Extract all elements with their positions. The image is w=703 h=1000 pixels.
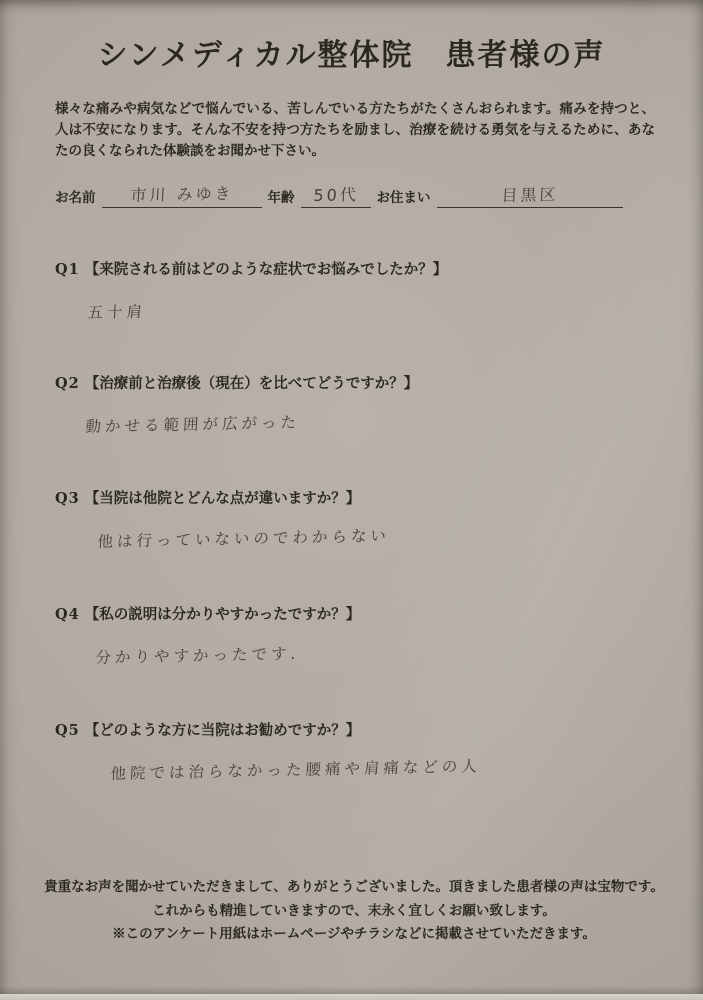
age-handwritten-value: 50代 — [313, 182, 359, 206]
question-1-number: Q1 — [55, 261, 80, 278]
question-block-2: Q2【治療前と治療後（現在）を比べてどうですか？】 動かせる範囲が広がった — [55, 372, 658, 437]
question-5-text: Q5【どのような方に当院はお勧めですか？】 — [55, 719, 658, 740]
paper-bottom-edge — [0, 994, 703, 1000]
paper-bottom-shadow — [0, 986, 703, 994]
name-label: お名前 — [55, 186, 96, 208]
question-1-text: Q1【来院される前はどのような症状でお悩みでしたか？】 — [55, 258, 658, 279]
footer-thanks: 貴重なお声を聞かせていただきまして、ありがとうございました。頂きました患者様の声… — [30, 876, 678, 947]
question-4-text: Q4【私の説明は分かりやすかったですか？】 — [55, 603, 658, 624]
residence-field: 目黒区 — [437, 183, 623, 208]
name-field: 市川 みゆき — [102, 183, 262, 208]
question-5-number: Q5 — [55, 722, 80, 739]
patient-info-row: お名前 市川 みゆき 年齢 50代 お住まい 目黒区 — [55, 183, 653, 208]
footer-line-3: ※このアンケート用紙はホームページやチラシなどに掲載させていただきます。 — [30, 923, 678, 947]
residence-handwritten-value: 目黒区 — [501, 182, 559, 206]
intro-paragraph: 様々な痛みや病気などで悩んでいる、苦しんでいる方たちがたくさんおられます。痛みを… — [55, 99, 655, 162]
footer-line-2: これからも精進していきますので、末永く宜しくお願い致します。 — [30, 900, 678, 924]
question-5-answer: 他院では治らなかった腰痛や肩痛などの人 — [110, 762, 658, 784]
question-block-3: Q3【当院は他院とどんな点が違いますか？】 他は行っていないのでわからない — [55, 487, 658, 552]
question-3-text: Q3【当院は他院とどんな点が違いますか？】 — [55, 487, 658, 508]
age-field: 50代 — [301, 183, 371, 208]
question-2-answer: 動かせる範囲が広がった — [85, 415, 658, 437]
page-title: シンメディカル整体院 患者様の声 — [0, 30, 703, 74]
question-block-4: Q4【私の説明は分かりやすかったですか？】 分かりやすかったです. — [55, 603, 658, 668]
question-block-1: Q1【来院される前はどのような症状でお悩みでしたか？】 五十肩 — [55, 258, 658, 323]
question-block-5: Q5【どのような方に当院はお勧めですか？】 他院では治らなかった腰痛や肩痛などの… — [55, 719, 658, 784]
question-3-answer: 他は行っていないのでわからない — [97, 530, 658, 552]
question-4-number: Q4 — [55, 606, 80, 623]
question-4-answer: 分かりやすかったです. — [95, 646, 658, 668]
question-2-number: Q2 — [55, 375, 80, 392]
name-handwritten-value: 市川 みゆき — [130, 181, 234, 206]
question-1-answer: 五十肩 — [87, 301, 658, 323]
questionnaire-sheet-photo: シンメディカル整体院 患者様の声 様々な痛みや病気などで悩んでいる、苦しんでいる… — [0, 0, 703, 1000]
residence-label: お住まい — [377, 186, 431, 208]
question-2-text: Q2【治療前と治療後（現在）を比べてどうですか？】 — [55, 372, 658, 393]
question-3-number: Q3 — [55, 490, 80, 507]
footer-line-1: 貴重なお声を聞かせていただきまして、ありがとうございました。頂きました患者様の声… — [30, 876, 678, 900]
age-label: 年齢 — [268, 186, 295, 208]
